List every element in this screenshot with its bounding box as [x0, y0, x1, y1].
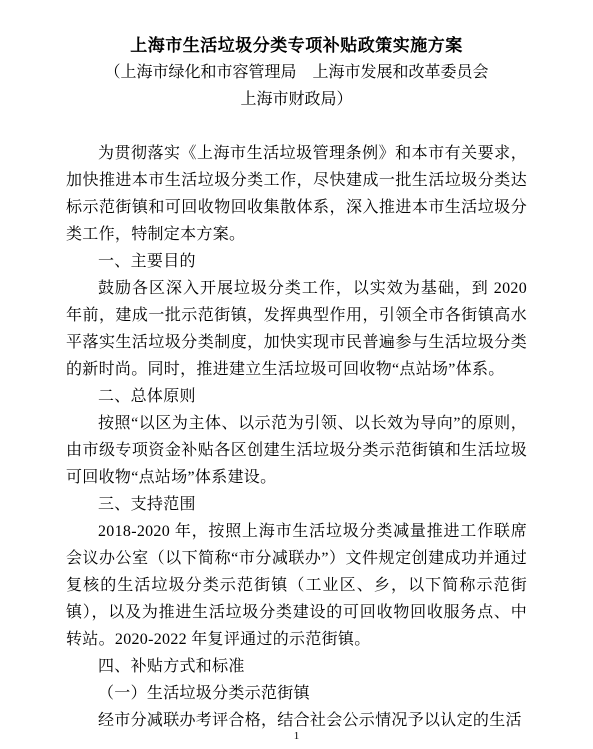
paragraph-overall-principles: 按照“以区为主体、以示范为引领、以长效为导向”的原则，由市级专项资金补贴各区创建…	[66, 410, 527, 491]
document-page: 上海市生活垃圾分类专项补贴政策实施方案 （上海市绿化和市容管理局 上海市发展和改…	[0, 0, 593, 749]
section-heading-4: 四、补贴方式和标准	[66, 653, 527, 680]
document-content: 上海市生活垃圾分类专项补贴政策实施方案 （上海市绿化和市容管理局 上海市发展和改…	[0, 0, 593, 734]
paragraph-support-scope: 2018-2020 年，按照上海市生活垃圾分类减量推进工作联席会议办公室（以下简…	[66, 518, 527, 653]
document-title: 上海市生活垃圾分类专项补贴政策实施方案	[66, 32, 527, 59]
page-number: 1	[0, 731, 593, 742]
section-heading-2: 二、总体原则	[66, 383, 527, 410]
subsection-heading-1: （一）生活垃圾分类示范街镇	[66, 680, 527, 707]
section-heading-3: 三、支持范围	[66, 491, 527, 518]
issuing-agencies-line-1: （上海市绿化和市容管理局 上海市发展和改革委员会	[66, 59, 527, 86]
section-heading-1: 一、主要目的	[66, 248, 527, 275]
paragraph-main-purpose: 鼓励各区深入开展垃圾分类工作，以实效为基础，到 2020 年前，建成一批示范街镇…	[66, 275, 527, 383]
paragraph-intro: 为贯彻落实《上海市生活垃圾管理条例》和本市有关要求，加快推进本市生活垃圾分类工作…	[66, 140, 527, 248]
spacer	[66, 113, 527, 140]
issuing-agencies-line-2: 上海市财政局）	[66, 86, 527, 113]
